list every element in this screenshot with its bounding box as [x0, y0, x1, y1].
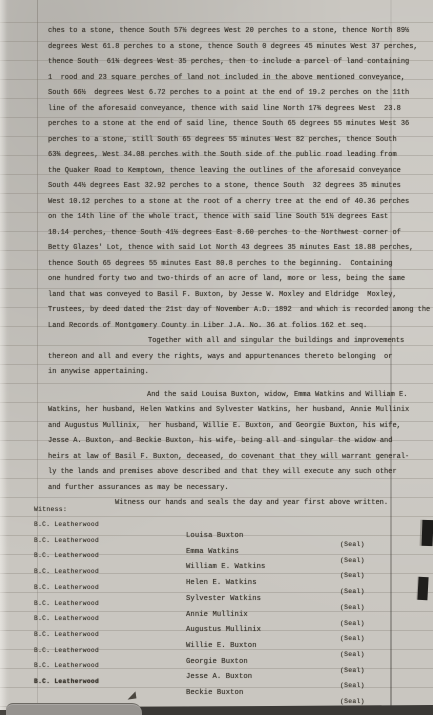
- deed-text-line: one hundred forty two and two-thirds of …: [48, 272, 433, 288]
- seal-label: (Seal): [340, 682, 365, 690]
- seal-label: (Seal): [340, 667, 365, 675]
- seal-label: (Seal): [340, 557, 365, 565]
- deed-text-line: perches to a stone, still South 65 degre…: [48, 133, 433, 149]
- deed-text-line: 18.14 perches, thence South 41½ degrees …: [48, 226, 433, 242]
- witness-signature: B.C. Leatherwood: [34, 600, 99, 608]
- seal-label: (Seal): [340, 588, 365, 596]
- scanned-deed-page: ches to a stone, thence South 57½ degree…: [0, 0, 433, 715]
- deed-text-line: 1 rood and 23 square perches of land not…: [48, 71, 433, 87]
- witness-signature: B.C. Leatherwood: [34, 568, 99, 576]
- seal-label: (Seal): [340, 541, 365, 549]
- deed-text-line: thereon and all and every the rights, wa…: [48, 350, 433, 366]
- party-signature: Beckie Buxton: [186, 689, 243, 697]
- deed-text-line: West 10.12 perches to a stone at the roo…: [48, 195, 433, 211]
- deed-text-line: Witness our hands and seals the day and …: [48, 496, 433, 512]
- witness-signature: B.C. Leatherwood: [34, 647, 99, 655]
- left-scan-edge: [0, 0, 7, 715]
- party-signature: Willie E. Buxton: [186, 642, 257, 650]
- party-signature: Helen E. Watkins: [186, 579, 257, 587]
- deed-text-line: heirs at law of Basil F. Buxton, decease…: [48, 450, 433, 466]
- deed-text-line: line of the aforesaid conveyance, thence…: [48, 102, 433, 118]
- witness-signature: B.C. Leatherwood: [34, 615, 99, 623]
- party-signature: Sylvester Watkins: [186, 595, 261, 603]
- scan-bottom-edge: [140, 705, 433, 715]
- signature-table: B.C. LeatherwoodLouisa Buxton(Seal)B.C. …: [34, 521, 429, 711]
- paragraph-gap: [48, 381, 433, 388]
- seal-label: (Seal): [340, 635, 365, 643]
- deed-text-line: the Quaker Road to Kemptown, thence leav…: [48, 164, 433, 180]
- witness-signature: B.C. Leatherwood: [34, 631, 99, 639]
- deed-text-line: and further assurances as may be necessa…: [48, 481, 433, 497]
- party-signature: Emma Watkins: [186, 548, 239, 556]
- party-signature: Augustus Mullinix: [186, 626, 261, 634]
- witness-signature: B.C. Leatherwood: [34, 662, 99, 670]
- party-signature: Louisa Buxton: [186, 532, 243, 540]
- deed-text-line: thence South 65 degrees 55 minutes East …: [48, 257, 433, 273]
- deed-text-line: Betty Glazes' Lot, thence with said Lot …: [48, 241, 433, 257]
- deed-text-line: Land Records of Montgomery County in Lib…: [48, 319, 433, 335]
- party-signature: Georgie Buxton: [186, 658, 248, 666]
- deed-text-line: ches to a stone, thence South 57½ degree…: [48, 24, 433, 40]
- seal-label: (Seal): [340, 620, 365, 628]
- seal-label: (Seal): [340, 572, 365, 580]
- deed-text-line: And the said Louisa Buxton, widow, Emma …: [48, 388, 433, 404]
- witness-signature: B.C. Leatherwood: [34, 521, 99, 529]
- party-signature: William E. Watkins: [186, 563, 265, 571]
- witness-heading: Witness:: [34, 506, 67, 513]
- deed-text-line: Watkins, her husband, Helen Watkins and …: [48, 403, 433, 419]
- deed-text-line: thence South 61¾ degrees West 35 perches…: [48, 55, 433, 71]
- deed-text: ches to a stone, thence South 57½ degree…: [48, 24, 433, 512]
- deed-text-line: Jesse A. Buxton, and Beckie Buxton, his …: [48, 434, 433, 450]
- deed-text-line: degrees West 61.8 perches to a stone, th…: [48, 40, 433, 56]
- deed-text-line: and Augustus Mullinix, her husband, Will…: [48, 419, 433, 435]
- witness-signature: B.C. Leatherwood: [34, 552, 99, 560]
- deed-text-line: Trustees, by deed dated the 21st day of …: [48, 303, 433, 319]
- pen-arrow-mark: [127, 691, 137, 699]
- deed-text-line: 63¾ degrees, West 34.08 perches with the…: [48, 148, 433, 164]
- party-signature: Jesse A. Buxton: [186, 673, 252, 681]
- deed-text-line: Together with all and singular the build…: [48, 334, 433, 350]
- deed-text-line: perches to a stone at the end of said li…: [48, 117, 433, 133]
- witness-signature: B.C. Leatherwood: [34, 678, 99, 686]
- deed-text-line: South 44½ degrees East 32.92 perches to …: [48, 179, 433, 195]
- deed-text-line: South 66½ degrees West 6.72 perches to a…: [48, 86, 433, 102]
- deed-text-line: in anywise appertaining.: [48, 365, 433, 381]
- ink-blot-2: [417, 577, 428, 600]
- scan-bottom-left-object: [6, 703, 142, 715]
- witness-signature: B.C. Leatherwood: [34, 584, 99, 592]
- ink-blot-1: [422, 520, 433, 546]
- party-signature: Annie Mullinix: [186, 611, 248, 619]
- deed-text-line: ly the lands and premises above describe…: [48, 465, 433, 481]
- witness-signature: B.C. Leatherwood: [34, 537, 99, 545]
- seal-label: (Seal): [340, 604, 365, 612]
- seal-label: (Seal): [340, 651, 365, 659]
- deed-text-line: land that was conveyed to Basil F. Buxto…: [48, 288, 433, 304]
- deed-text-line: on the 14th line of the whole tract, the…: [48, 210, 433, 226]
